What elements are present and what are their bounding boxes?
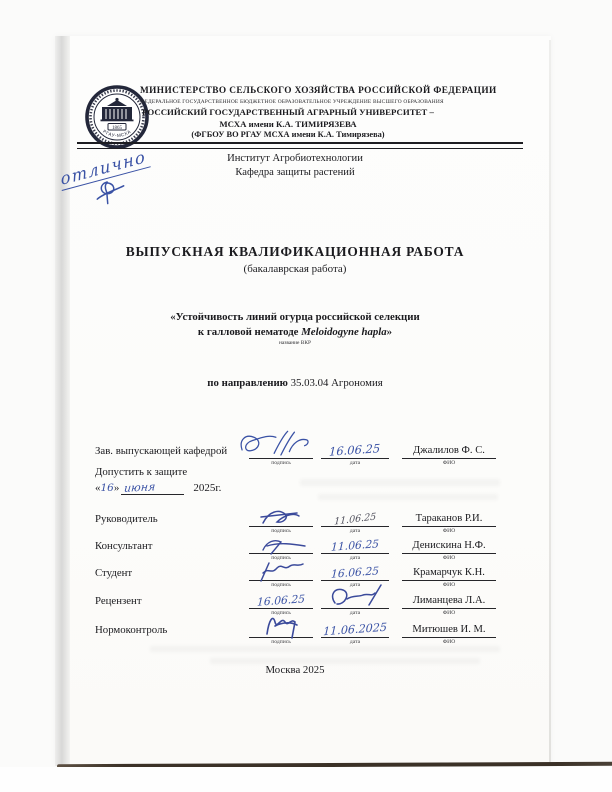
work-subtype: (бакалаврская работа)	[80, 263, 510, 275]
bleed-through-text	[318, 494, 498, 500]
defense-date-line: «16»июня2025г.	[95, 481, 221, 495]
footer-block: Москва 2025	[80, 664, 510, 676]
signature-scribble	[325, 583, 385, 611]
row-label: Студент	[95, 567, 132, 579]
person-name: Митюшев И. М.	[412, 624, 485, 635]
person-name: Лиманцева Л.А.	[413, 595, 486, 606]
scanner-background	[0, 767, 612, 792]
work-type-block: ВЫПУСКНАЯ КВАЛИФИКАЦИОННАЯ РАБОТА (бакал…	[80, 244, 510, 275]
signature-row-normcontrol: Нормоконтроль подпись 11.06.2025 дата Ми…	[0, 615, 612, 645]
university-name-line2: МСХА имени К.А. ТИМИРЯЗЕВА	[140, 119, 436, 129]
handwritten-date: 16.06.25	[331, 564, 379, 580]
name-cell: Лиманцева Л.А. ФИО	[402, 588, 496, 617]
handwritten-date: 11.06.25	[331, 537, 379, 553]
work-type-title: ВЫПУСКНАЯ КВАЛИФИКАЦИОННАЯ РАБОТА	[80, 244, 510, 260]
signature-row-student: Студент подпись 16.06.25 дата Крамарчук …	[0, 558, 612, 588]
university-name-line1: РОССИЙСКИЙ ГОСУДАРСТВЕННЫЙ АГРАРНЫЙ УНИВ…	[140, 107, 436, 117]
name-cell: Митюшев И. М. ФИО	[402, 617, 496, 646]
species-name: Meloidogyne hapla	[301, 326, 386, 338]
person-name: Джалилов Ф. С.	[413, 445, 485, 456]
name-cell: Тараканов Р.И. ФИО	[402, 506, 496, 535]
signature-scribble	[255, 559, 307, 583]
signature-cell: подпись	[249, 560, 313, 589]
scanned-title-page: 1865 РГАУ-МСХА МИНИСТЕРСТВО СЕЛЬСКОГО ХО…	[0, 0, 612, 792]
signature-row-reviewer: Рецензент 16.06.25 подпись дата Лиманцев…	[0, 586, 612, 616]
month-slot: июня	[121, 481, 184, 495]
row-label: Консультант	[95, 540, 152, 552]
date-cell: 11.06.25 дата	[321, 506, 389, 535]
row-label: Нормоконтроль	[95, 624, 167, 636]
university-abbrev-line: (ФГБОУ ВО РГАУ МСХА имени К.А. Тимирязев…	[140, 130, 436, 139]
topic-line1: «Устойчивость линий огурца российской се…	[80, 311, 510, 323]
city-year: Москва 2025	[80, 664, 510, 676]
signature-scribble	[259, 507, 303, 529]
admit-line: Допустить к защите	[95, 466, 187, 478]
name-caption: ФИО	[443, 460, 456, 466]
handwritten-day: 16	[101, 482, 114, 494]
page-left-edge-shadow	[55, 36, 70, 766]
quote-close: »	[114, 482, 120, 494]
institution-type-line: ФЕДЕРАЛЬНОЕ ГОСУДАРСТВЕННОЕ БЮДЖЕТНОЕ ОБ…	[140, 99, 436, 105]
signature-scribble	[253, 536, 309, 556]
date-cell: 16.06.25 дата	[321, 438, 389, 467]
person-name: Денискина Н.Ф.	[412, 540, 485, 551]
handwritten-date: 11.06.2025	[323, 620, 387, 638]
emblem-year: 1865	[112, 126, 123, 131]
signature-row-supervisor: Руководитель подпись 11.06.25 дата Тарак…	[0, 504, 612, 534]
signature-cell: подпись	[249, 506, 313, 535]
approval-row-department-head: Зав. выпускающей кафедрой подпись 16.06.…	[0, 436, 612, 466]
signature-cell: подпись	[249, 438, 313, 467]
direction-value: 35.03.04 Агрономия	[288, 377, 383, 389]
thesis-topic-block: «Устойчивость линий огурца российской се…	[80, 311, 510, 346]
bleed-through-text	[150, 646, 500, 652]
signature-scribble	[237, 427, 313, 461]
signature-scribble	[259, 610, 303, 640]
topic-caption: название ВКР	[80, 340, 510, 346]
handwritten-month: июня	[124, 480, 156, 495]
date-cell: дата	[321, 588, 389, 617]
handwritten-date: 11.06.25	[334, 511, 377, 527]
name-cell: Крамарчук К.Н. ФИО	[402, 560, 496, 589]
page-right-edge-shadow	[549, 40, 551, 762]
defense-year: 2025г.	[193, 482, 221, 494]
signature-row-consultant: Консультант подпись 11.06.25 дата Дениск…	[0, 531, 612, 561]
person-name: Крамарчук К.Н.	[413, 567, 485, 578]
direction-block: по направлению 35.03.04 Агрономия	[80, 377, 510, 389]
topic-line2: к галловой нематоде Meloidogyne hapla»	[80, 326, 510, 338]
date-caption: дата	[350, 460, 360, 466]
name-cell: Денискина Н.Ф. ФИО	[402, 533, 496, 562]
signature-caption: подпись	[271, 460, 291, 466]
signature-cell: подпись	[249, 533, 313, 562]
row-label: Зав. выпускающей кафедрой	[95, 445, 227, 457]
date-cell: 11.06.25 дата	[321, 533, 389, 562]
row-label: Руководитель	[95, 513, 158, 525]
direction-label: по направлению	[207, 377, 288, 389]
handwritten-date: 16.06.25	[329, 441, 381, 459]
signature-cell: подпись	[249, 617, 313, 646]
handwritten-date: 16.06.25	[257, 592, 305, 608]
person-name: Тараканов Р.И.	[416, 513, 483, 524]
ministry-line: МИНИСТЕРСТВО СЕЛЬСКОГО ХОЗЯЙСТВА РОССИЙС…	[140, 86, 436, 96]
name-cell: Джалилов Ф. С. ФИО	[402, 438, 496, 467]
row-label: Рецензент	[95, 595, 142, 607]
bleed-through-text	[300, 479, 500, 486]
date-cell: 11.06.2025 дата	[321, 617, 389, 646]
letterhead: МИНИСТЕРСТВО СЕЛЬСКОГО ХОЗЯЙСТВА РОССИЙС…	[140, 86, 436, 139]
